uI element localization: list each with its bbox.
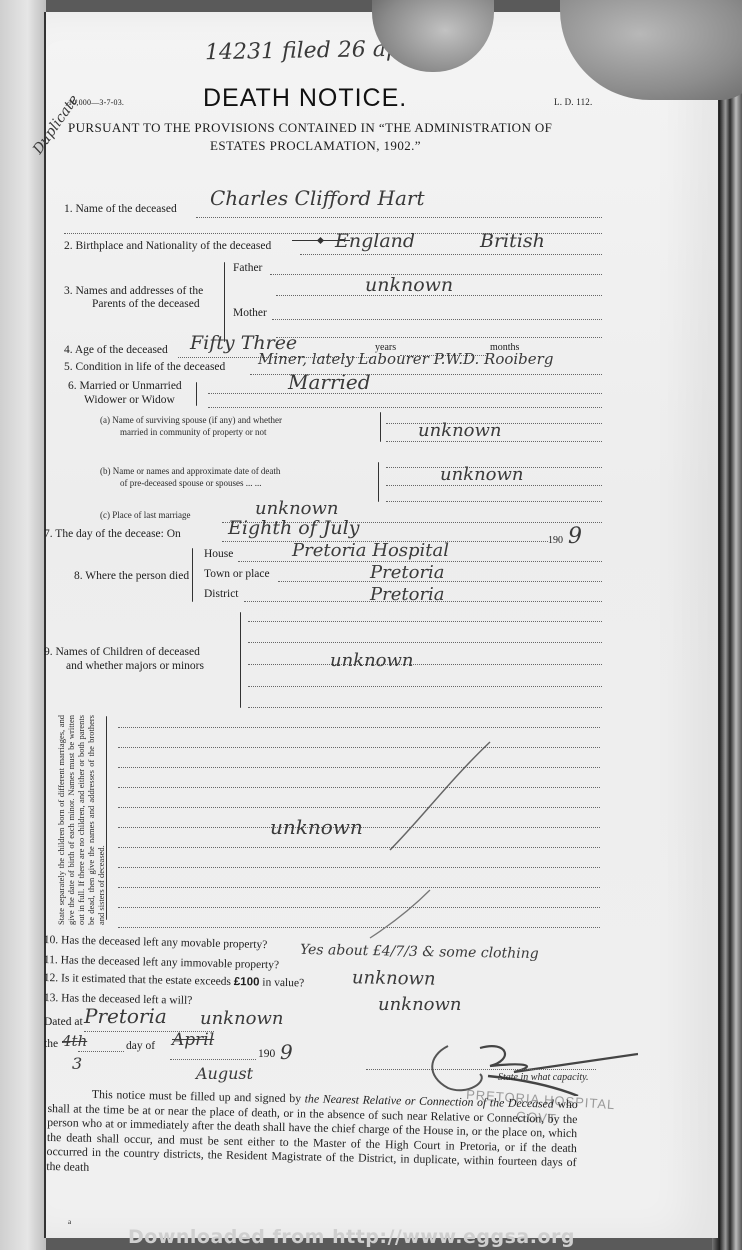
page-mark: a	[68, 1218, 71, 1226]
q9-brace	[240, 612, 241, 708]
q6c-label: (c) Place of last marriage	[100, 510, 190, 520]
dated-at-label: Dated at	[44, 1016, 83, 1028]
q3-value[interactable]: unknown	[365, 274, 453, 296]
q12-label-post: in value?	[262, 977, 304, 990]
q6b-line-3	[386, 500, 602, 502]
capacity-label: State in what capacity.	[498, 1072, 589, 1083]
q6a-value[interactable]: unknown	[418, 420, 502, 441]
q6a-brace	[380, 412, 381, 442]
q1-value[interactable]: Charles Clifford Hart	[210, 186, 425, 210]
q8-brace	[192, 548, 193, 602]
q5-value[interactable]: Miner, lately Labourer P.W.D. Rooiberg	[258, 350, 553, 368]
siblings-line-1	[118, 726, 600, 728]
q8-town-value[interactable]: Pretoria	[370, 562, 445, 583]
q6b-label-1: (b) Name or names and approximate date o…	[100, 466, 280, 476]
q9-line-3	[248, 663, 602, 665]
subtitle-line-1: Pursuant to the provisions contained in …	[68, 120, 552, 136]
dated-at-value[interactable]: Pretoria	[84, 1004, 167, 1028]
q3-label-2: Parents of the deceased	[92, 298, 200, 310]
instruction-notice: This notice must be filled up and signed…	[46, 1086, 578, 1184]
q8-district-label: District	[204, 588, 239, 600]
q6-line-2	[208, 406, 602, 408]
signature-line	[366, 1068, 596, 1070]
q8-label: 8. Where the person died	[74, 570, 189, 582]
q2-birthplace[interactable]: England	[335, 230, 415, 252]
signature[interactable]	[418, 1036, 638, 1096]
watermark: Downloaded from http://www.eggsa.org	[128, 1226, 575, 1248]
year-label: 190	[258, 1048, 275, 1060]
q9-line-4	[248, 685, 602, 687]
q8-district-value[interactable]: Pretoria	[370, 584, 445, 605]
siblings-instruction: State separately the children born of di…	[56, 715, 102, 925]
q4-label: 4. Age of the deceased	[64, 344, 168, 356]
the-label: the	[44, 1038, 58, 1050]
q2-nationality[interactable]: British	[480, 230, 545, 252]
year-value[interactable]: 9	[280, 1040, 293, 1064]
q7-value[interactable]: Eighth of July	[228, 517, 359, 539]
q3-mother-line	[272, 318, 602, 320]
q6-label-1: 6. Married or Unmarried	[68, 380, 182, 392]
day-value[interactable]: 3	[72, 1054, 82, 1073]
page-title: DEATH NOTICE.	[203, 84, 407, 113]
q6a-label-2: married in community of property or not	[120, 427, 266, 437]
day-line	[78, 1050, 124, 1052]
q9-label-1: 9. Names of Children of deceased	[44, 646, 200, 658]
q7-year-value[interactable]: 9	[568, 524, 582, 549]
day-of-label: day of	[126, 1040, 155, 1052]
day-struck: 4th	[62, 1032, 87, 1050]
q12-value[interactable]: unknown	[378, 994, 462, 1015]
q11-value[interactable]: unknown	[352, 967, 436, 989]
month-value[interactable]: August	[196, 1064, 253, 1083]
q3-mother-line-2	[276, 336, 602, 338]
q3-father-label: Father	[233, 262, 262, 274]
q3-label-1: 3. Names and addresses of the	[64, 285, 203, 297]
cross-out-stroke	[330, 740, 510, 940]
subtitle-line-2: Estates Proclamation, 1902.”	[210, 138, 421, 154]
q2-label: 2. Birthplace and Nationality of the dec…	[64, 240, 271, 252]
q5-label: 5. Condition in life of the deceased	[64, 361, 225, 373]
form-code: L. D. 112.	[554, 97, 592, 107]
print-code: 10,000—3-7-03.	[68, 98, 124, 107]
q7-label: 7. The day of the decease: On	[44, 528, 181, 540]
q6b-value[interactable]: unknown	[440, 464, 524, 485]
q9-line-5	[248, 706, 602, 708]
q6-brace	[196, 382, 197, 406]
q8-town-label: Town or place	[204, 568, 270, 580]
q12-amount: £100	[234, 976, 260, 989]
q9-label-2: and whether majors or minors	[66, 660, 204, 672]
q1-label: 1. Name of the deceased	[64, 203, 177, 215]
q8-house-value[interactable]: Pretoria Hospital	[292, 540, 449, 561]
month-line	[170, 1058, 256, 1060]
q6-line	[208, 392, 602, 394]
q6-label-2: Widower or Widow	[84, 394, 175, 406]
q9-value[interactable]: unknown	[330, 650, 414, 671]
siblings-brace	[106, 716, 107, 920]
q6b-label-2: of pre-deceased spouse or spouses ... ..…	[120, 478, 261, 488]
q1-line	[196, 216, 602, 218]
q6-value[interactable]: Married	[288, 370, 371, 394]
q7-year-prefix: 190	[548, 535, 563, 546]
q6b-brace	[378, 462, 379, 502]
adjacent-page-edge	[0, 0, 46, 1250]
q3-brace	[224, 262, 225, 342]
month-struck: April	[172, 1030, 214, 1050]
q9-line-2	[248, 641, 602, 643]
q8-house-label: House	[204, 548, 233, 560]
q2-line	[300, 253, 602, 255]
q13-value[interactable]: unknown	[200, 1008, 284, 1029]
q9-line-1	[248, 620, 602, 622]
q6a-label-1: (a) Name of surviving spouse (if any) an…	[100, 415, 282, 425]
q3-mother-label: Mother	[233, 307, 267, 319]
q6c-value[interactable]: unknown	[255, 498, 339, 519]
